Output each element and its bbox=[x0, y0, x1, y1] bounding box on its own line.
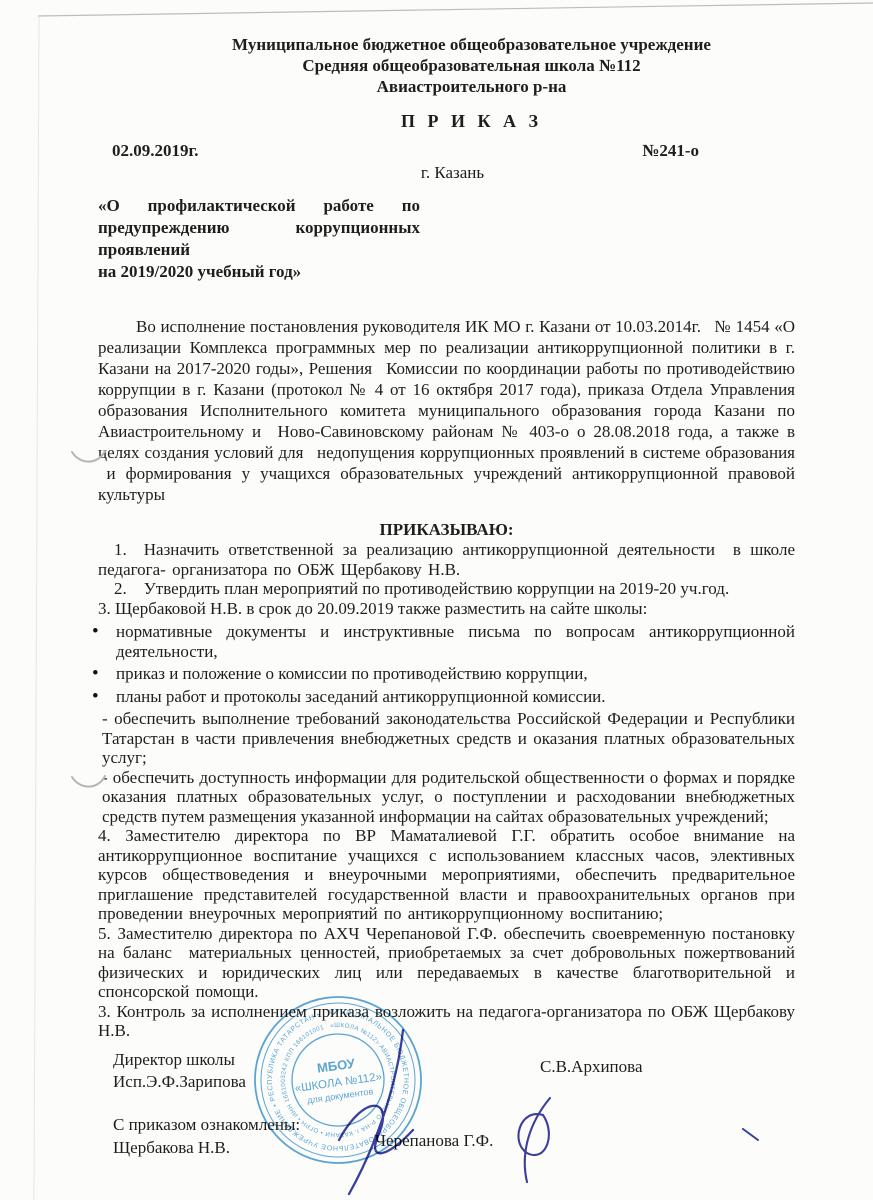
document-city: г. Казань bbox=[98, 162, 795, 183]
organization-line-2: Средняя общеобразовательная школа №112 bbox=[148, 55, 795, 76]
organization-line-3: Авиастроительного р-на bbox=[148, 76, 795, 97]
pen-mark-small bbox=[740, 1126, 762, 1144]
signature-scherbakova bbox=[325, 1018, 445, 1200]
bullet-item-3: планы работ и протоколы заседаний антико… bbox=[98, 687, 795, 707]
organization-line-1: Муниципальное бюджетное общеобразователь… bbox=[148, 34, 795, 55]
document-content: Муниципальное бюджетное общеобразователь… bbox=[98, 34, 795, 1041]
subject-block: «О профилактической работе по предупрежд… bbox=[98, 195, 420, 283]
dash-item-1: - обеспечить выполнение требований закон… bbox=[98, 709, 795, 768]
bullet-item-1: нормативные документы и инструктивные пи… bbox=[98, 622, 795, 661]
document-type-title: П Р И К А З bbox=[98, 111, 795, 132]
order-control-line: 3. Контроль за исполнением приказа возло… bbox=[98, 1002, 795, 1041]
organization-header: Муниципальное бюджетное общеобразователь… bbox=[98, 34, 795, 97]
director-name: С.В.Архипова bbox=[540, 1056, 643, 1077]
order-item-2: 2. Утвердить план мероприятий по противо… bbox=[98, 579, 795, 599]
order-item-5: 5. Заместителю директора по АХЧ Черепано… bbox=[98, 924, 795, 1002]
subject-main: «О профилактической работе по предупрежд… bbox=[98, 195, 420, 261]
acknowledged-name-1: Щербакова Н.В. bbox=[113, 1137, 230, 1158]
director-label: Директор школы bbox=[113, 1049, 235, 1070]
scanned-order-page: Муниципальное бюджетное общеобразователь… bbox=[0, 0, 873, 1200]
order-bullet-list: нормативные документы и инструктивные пи… bbox=[98, 622, 795, 706]
scan-left-edge-line bbox=[34, 16, 39, 1200]
dash-item-2: - обеспечить доступность информации для … bbox=[98, 768, 795, 827]
preamble-paragraph: Во исполнение постановления руководителя… bbox=[98, 316, 795, 505]
document-date: 02.09.2019г. bbox=[98, 140, 199, 161]
document-number: №241-о bbox=[642, 140, 699, 161]
subject-tail: на 2019/2020 учебный год» bbox=[98, 261, 420, 283]
bullet-item-2: приказ и положение о комиссии по противо… bbox=[98, 664, 795, 684]
signature-cherepanova bbox=[498, 1092, 570, 1187]
scan-top-edge-line bbox=[38, 3, 873, 16]
date-number-row: 02.09.2019г. №241-о bbox=[98, 140, 795, 161]
executor-line: Исп.Э.Ф.Зарипова bbox=[113, 1071, 246, 1092]
order-item-1: 1. Назначить ответственной за реализацию… bbox=[98, 540, 795, 579]
order-item-3: 3. Щербаковой Н.В. в срок до 20.09.2019 … bbox=[98, 599, 795, 619]
order-item-4: 4. Заместителю директора по ВР Маматалие… bbox=[98, 826, 795, 924]
order-heading: ПРИКАЗЫВАЮ: bbox=[98, 520, 795, 540]
order-body: 1. Назначить ответственной за реализацию… bbox=[98, 540, 795, 1041]
